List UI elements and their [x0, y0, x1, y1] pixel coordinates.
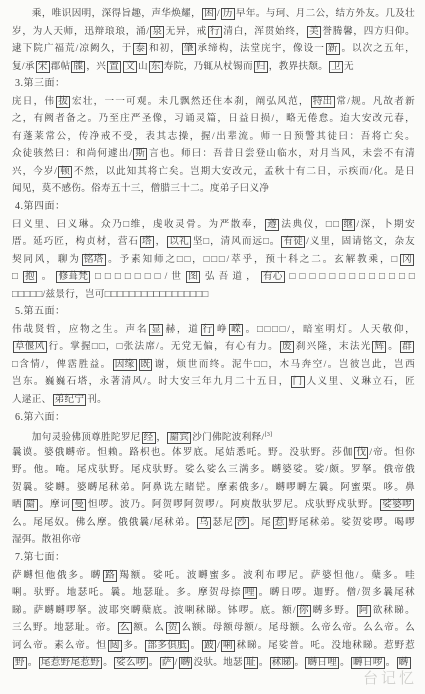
unclear-char-box: 抱	[23, 271, 37, 283]
unclear-char-box: 萨	[160, 657, 174, 669]
unclear-char-box: 唎	[221, 640, 235, 652]
text-line: 有蓬莱常公，传净戒不受，表其志操，握/出辈流。师一日预警其徒曰：吾将亡矣。	[12, 128, 415, 146]
unclear-char-box: 行	[201, 324, 215, 336]
text-line: 三么野。地瑟耻。帝。么额。么贺么额。母额母额/。尾母额。么帝么帝。么么帝。么	[12, 619, 415, 637]
unclear-char-box: 困	[202, 8, 216, 20]
unclear-char-box: 有徒	[281, 236, 305, 248]
unclear-char-box: 归	[254, 61, 268, 73]
unclear-char-box: 曼	[72, 499, 86, 511]
unclear-char-box: 耻	[244, 657, 258, 669]
text-line: 野。尾惹野尾惹野。娑么啰。萨/嚩没驮。地瑟耻。秫睇。嚩日哩。嚩日啰。嚩	[12, 654, 415, 672]
unclear-char-box: 因缘	[113, 359, 137, 371]
text-line: □抱。修葺梵□□□□□□□/世图弘吾道，有心□□□□□□□□□□□□□	[12, 268, 415, 286]
unclear-char-box: 美	[307, 26, 321, 38]
unclear-char-box: 乌	[197, 517, 211, 529]
unclear-char-box: 文	[123, 61, 137, 73]
text-line: 庑日，伟拔宏壮，一一可观。未几飘然还住本刹，阐弘风范，特出常/规。凡故者新	[12, 93, 415, 111]
unclear-char-box: 群	[400, 341, 414, 353]
text-line: 闻见，莫不感伤。俗寿五十三，僧腊三十二。度弟子曰义净	[12, 180, 415, 198]
face-5-heading: 5.第五面：	[12, 303, 415, 321]
text-line: 诃么帝。素么帝。怛闼多。部多俱胝。跛/唎秫睇。尾娑普。吒。没地秫睇。惹野惹	[12, 637, 415, 655]
text-line: 厝。延巧匠，构贞材，营石塔，以礼坚□，清风而远□。有徒/义里，固请铭文，杂友	[12, 233, 415, 251]
unclear-char-box: 图	[186, 271, 200, 283]
unclear-char-box: 娑婆啰	[380, 499, 414, 511]
text-line: 兴，今岁/顿不然，以此知其将亡矣。岂期大安改元，孟秋十有二日，示疾而/化。是日	[12, 163, 415, 181]
unclear-char-box: 遵	[265, 219, 279, 231]
unclear-char-box: 废	[280, 341, 294, 353]
unclear-char-box: 行	[208, 26, 222, 38]
text-line: 伟哉贤哲，应物之生。声名显赫，道行峥嵘。□□□□/，暗室明灯。人天敬仰，	[12, 321, 415, 339]
text-line: 野。他。唵。尾戍驮野。尾戍驮野。娑么娑么三满多。嚩婆娑。娑/颇。罗拏。俄帝俄	[12, 461, 415, 479]
transcription-text: 乘，唯识因明，深得旨趣，声华焕耀，困/历早年。与珂、月二公，结方外友。几及壮岁，…	[12, 5, 415, 672]
text-line: 贺曩。娑嚩。婆嚩尾秫弟。阿鼻诜左睹铓。摩素俄多/。嚩啰嚩左曩。阿蜜栗。哆。鼻	[12, 479, 415, 497]
text-line: 岁，为人天师，迅辩琅琅，涌/泉无异，戒行清白，浑贯始终，美誉腾馨，四方归仰。	[12, 23, 415, 41]
face-3-heading: 3.第三面：	[12, 75, 415, 93]
face-4-heading: 4.第四面：	[12, 198, 415, 216]
text-line: 逮下院广福荒/凉阙久，于泰和初，肇承缔构，法堂庑宇，像设一新。以次之五年，	[12, 40, 415, 58]
unclear-char-box: 拔	[56, 96, 70, 108]
unclear-char-box: 哩	[243, 587, 257, 599]
unclear-char-box: 嚩	[397, 657, 411, 669]
dharani-title: 加句灵验佛顶尊胜陀罗尼经，罽宾沙门佛陀波利释/[3]	[12, 426, 415, 444]
unclear-char-box: 既	[139, 359, 153, 371]
unclear-char-box: 秫睇	[270, 657, 294, 669]
unclear-char-box: 沙	[235, 517, 249, 529]
unclear-char-box: 有心	[261, 271, 285, 283]
unclear-char-box: 路	[103, 570, 117, 582]
unclear-char-box: 娑么啰	[114, 657, 148, 669]
unclear-char-box: 东	[149, 61, 163, 73]
unclear-char-box: 嵘	[229, 324, 243, 336]
text-line: 契同风，聊为铭塔。予素知师之□□，□□□/萃乎，预十科之二。玄解教乘，□冈	[12, 251, 415, 269]
text-line: 人逯正、弟纪宁刊。	[12, 391, 415, 409]
unclear-char-box: 野	[13, 657, 27, 669]
face-7-heading: 7.第七面：	[12, 549, 415, 567]
unclear-char-box: 肇	[182, 43, 196, 55]
unclear-char-box: 么	[118, 622, 132, 634]
unclear-char-box: 泉	[150, 26, 164, 38]
unclear-char-box: 阿	[357, 605, 371, 617]
text-line: 曩谟。婆俄嚩帝。怛赖。路枳也。体罗底。尾姞悉吒。野。没驮野。莎伽伐/帝。怛你	[12, 444, 415, 462]
unclear-char-box: 继	[342, 219, 356, 231]
unclear-char-box: 尾惹野尾惹野	[39, 657, 102, 669]
unclear-char-box: 顿	[58, 166, 72, 178]
unclear-char-box: 闼	[108, 640, 122, 652]
unclear-char-box: 门	[291, 376, 305, 388]
unclear-char-box: 惹	[273, 517, 287, 529]
unclear-char-box: 罽宾	[167, 432, 191, 443]
unclear-char-box: 新	[326, 43, 340, 55]
text-line: 曰义里、曰义琳。众乃□维，虔收灵骨。为严散奉，遵法典仪，□□继/深，卜期安	[12, 216, 415, 234]
text-line: □含情/，俾霑胜益。因缘既谢，烦世而终。泥牛□□，木马奔空/。岂彼岂此，岂西	[12, 356, 415, 374]
text-line: 睇。萨嚩嚩啰拏。波耶突嚩蘖底。波唎秫睇。钵啰。底。额/你嚩多野。阿欲秫睇。	[12, 602, 415, 620]
text-line: □□□□□/兹景行，岂可□□□□□□□□□□□□□□□□□	[12, 286, 415, 304]
unclear-char-box: 修葺梵	[56, 271, 90, 283]
unclear-char-box: 嚩日哩	[305, 657, 339, 669]
unclear-char-box: 斯	[133, 148, 147, 160]
unclear-char-box: 泰	[133, 43, 147, 55]
unclear-char-box: 特出	[311, 96, 335, 108]
unclear-char-box: 置	[107, 61, 121, 73]
text-line: 萨嚩怛他俄多。嚩路羯额。娑吒。波嚩蜜多。波利布啰尼。萨婆怛他/。蘖多。哇	[12, 567, 415, 585]
text-line: 么。尾尾奴。佛么摩。俄俄曩/尾秫弟。乌瑟尼沙。尾惹野尾秫弟。娑贺娑啰。喝啰	[12, 514, 415, 532]
unclear-char-box: 草偃风	[13, 341, 47, 353]
unclear-char-box: 塔	[140, 236, 154, 248]
unclear-char-box: 弟纪宁	[53, 394, 87, 406]
text-line: 之，有阙者备之。乃至庄严圣像，习诵灵篇，日益日损/，略无倦怠。迨大安改元春，	[12, 110, 415, 128]
unclear-char-box: 伐	[354, 447, 368, 459]
unclear-char-box: 嚩日啰	[351, 657, 385, 669]
text-line: 晒罽。摩诃曼怛啰。波乃。阿贺啰阿贺啰/。阿庾散驮罗尼。戍驮野戍驮野。娑婆啰	[12, 496, 415, 514]
text-line: 湿弭。散祖你帝	[12, 531, 415, 549]
unclear-char-box: 以礼	[167, 236, 191, 248]
text-line: 草偃风行。掌握□□，□张法席/。无党无偏，有心有力。废刹兴隆，末法光辉。群	[12, 338, 415, 356]
text-line: 众徒骇然曰：和尚何遽出/斯言也。师曰：吾昔日尝登山临水，对月当风，未尝不有清	[12, 145, 415, 163]
text-line: 唎。驮野。地瑟吒。曩。地瑟耻。多。摩贺母捺哩。嚩日啰。迦野。僧/贺多曩尾秫	[12, 584, 415, 602]
text-line: 岂东。巍巍石塔，永著清风/。时大安三年九月二十五日，门人义里、义琳立石，匠	[12, 373, 415, 391]
unclear-char-box: 你	[297, 605, 311, 617]
unclear-char-box: 部多俱胝	[145, 640, 189, 652]
document-page: 乘，唯识因明，深得旨趣，声华焕耀，困/历早年。与珂、月二公，结方外友。几及壮岁，…	[0, 0, 425, 694]
unclear-char-box: 贺	[166, 622, 180, 634]
unclear-char-box: 罽	[24, 499, 38, 511]
unclear-char-box: 显	[149, 324, 163, 336]
unclear-char-box: 嚩	[179, 657, 193, 669]
footnote-marker: [3]	[264, 431, 272, 438]
text-line: 复/承宋郡帖牒，兴置文山东寿院，乃辄从杖锡而归，教界扶颓。卫无	[12, 58, 415, 76]
unclear-char-box: 宋	[36, 61, 50, 73]
unclear-char-box: 牒	[71, 61, 85, 73]
unclear-char-box: 经	[142, 432, 156, 443]
unclear-char-box: 跛	[202, 640, 216, 652]
face-6-heading: 6.第六面：	[12, 409, 415, 427]
unclear-char-box: 辉	[372, 341, 386, 353]
text-line: 乘，唯识因明，深得旨趣，声华焕耀，困/历早年。与珂、月二公，结方外友。几及壮	[12, 5, 415, 23]
unclear-char-box: 铭塔	[82, 254, 106, 266]
unclear-char-box: 卫	[329, 61, 343, 73]
unclear-char-box: 历	[221, 8, 235, 20]
unclear-char-box: 冈	[400, 254, 414, 266]
